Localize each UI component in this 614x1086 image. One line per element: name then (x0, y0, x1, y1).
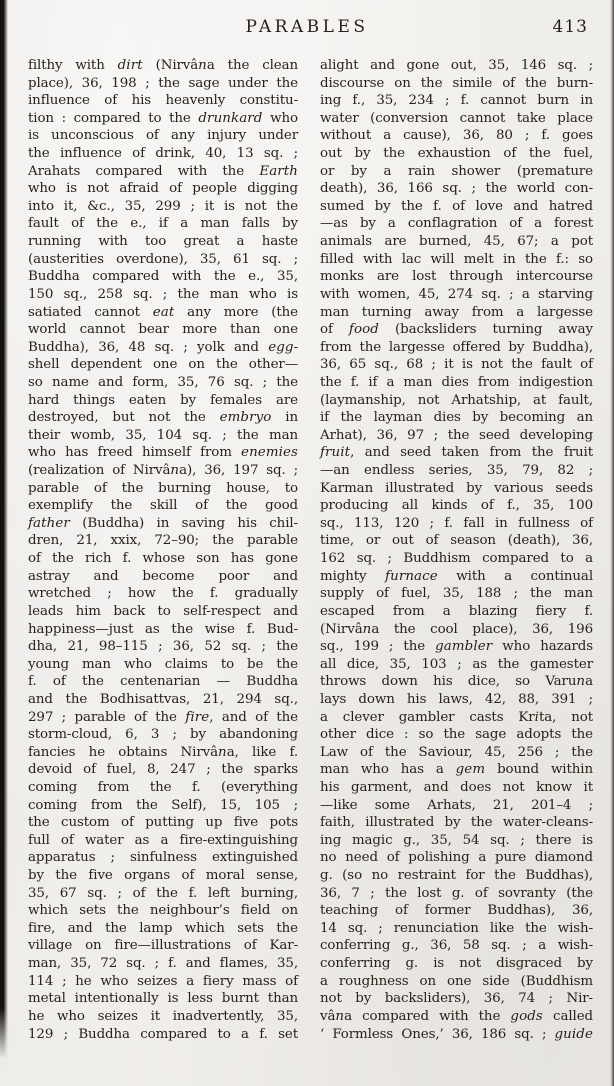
text-line: fruit, and seed taken from the fruit (320, 444, 593, 462)
text-line: exemplify the skill of the good (28, 497, 298, 515)
text-line: satiated cannot eat any more (the (28, 304, 298, 322)
text-line: filthy with dirt (Nirvâna the clean (28, 57, 298, 75)
text-line: Buddha), 36, 48 sq. ; yolk and egg- (28, 339, 298, 357)
text-line: happiness—just as the wise f. Bud- (28, 621, 298, 639)
text-line: sumed by the f. of love and hatred (320, 198, 593, 216)
text-line: man who has a gem bound within (320, 761, 593, 779)
text-line: who is not afraid of people digging (28, 180, 298, 198)
text-line: from the largesse offered by Buddha), (320, 339, 593, 357)
page-title: PARABLES (0, 17, 614, 37)
scan-gutter-shadow (0, 0, 8, 1058)
text-column-left: filthy with dirt (Nirvâna the cleanplace… (28, 57, 298, 1043)
text-line: not by backsliders), 36, 74 ; Nir- (320, 990, 593, 1008)
scanned-book-page: PARABLES 413 filthy with dirt (Nirvâna t… (0, 0, 614, 1086)
text-line: supply of fuel, 35, 188 ; the man (320, 585, 593, 603)
text-line: metal intentionally is less burnt than (28, 990, 298, 1008)
text-line: wretched ; how the f. gradually (28, 585, 298, 603)
text-line: (realization of Nirvâna), 36, 197 sq. ; (28, 462, 298, 480)
text-line: place), 36, 198 ; the sage under the (28, 75, 298, 93)
text-line: faith, illustrated by the water-cleans- (320, 814, 593, 832)
text-line: Karman illustrated by various seeds (320, 480, 593, 498)
text-line: man, 35, 72 sq. ; f. and flames, 35, (28, 955, 298, 973)
text-line: his garment, and does not know it (320, 779, 593, 797)
text-line: throws down his dice, so Varuna (320, 673, 593, 691)
text-line: tion : compared to the drunkard who (28, 110, 298, 128)
text-line: so name and form, 35, 76 sq. ; the (28, 374, 298, 392)
text-line: devoid of fuel, 8, 247 ; the sparks (28, 761, 298, 779)
text-line: by the five organs of moral sense, (28, 867, 298, 885)
text-line: if the layman dies by becoming an (320, 409, 593, 427)
text-line: Buddha compared with the e., 35, (28, 268, 298, 286)
text-line: (Nirvâna the cool place), 36, 196 (320, 621, 593, 639)
text-line: alight and gone out, 35, 146 sq. ; (320, 57, 593, 75)
text-line: —an endless series, 35, 79, 82 ; (320, 462, 593, 480)
text-line: hard things eaten by females are (28, 392, 298, 410)
text-line: animals are burned, 45, 67; a pot (320, 233, 593, 251)
text-column-right: alight and gone out, 35, 146 sq. ;discou… (320, 57, 593, 1043)
text-line: and the Bodhisattvas, 21, 294 sq., (28, 691, 298, 709)
text-line: is unconscious of any injury under (28, 127, 298, 145)
text-line: water (conversion cannot take place (320, 110, 593, 128)
text-line: full of water as a fire-extinguishing (28, 832, 298, 850)
text-line: without a cause), 36, 80 ; f. goes (320, 127, 593, 145)
text-line: sq., 113, 120 ; f. fall in fullness of (320, 515, 593, 533)
text-line: a clever gambler casts Krita, not (320, 709, 593, 727)
text-line: other dice : so the sage adopts the (320, 726, 593, 744)
text-line: into it, &c., 35, 299 ; it is not the (28, 198, 298, 216)
text-line: fancies he obtains Nirvâna, like f. (28, 744, 298, 762)
text-line: of food (backsliders turning away (320, 321, 593, 339)
text-line: all dice, 35, 103 ; as the gamester (320, 656, 593, 674)
text-line: man turning away from a largesse (320, 304, 593, 322)
text-line: the influence of drink, 40, 13 sq. ; (28, 145, 298, 163)
text-line: Arhat), 36, 97 ; the seed developing (320, 427, 593, 445)
text-line: monks are lost through intercourse (320, 268, 593, 286)
page-number: 413 (553, 17, 588, 37)
text-line: fire, and the lamp which sets the (28, 920, 298, 938)
text-line: he who seizes it inadvertently, 35, (28, 1008, 298, 1026)
text-line: teaching of former Buddhas), 36, (320, 902, 593, 920)
text-line: apparatus ; sinfulness extinguished (28, 849, 298, 867)
text-line: parable of the burning house, to (28, 480, 298, 498)
text-line: 150 sq., 258 sq. ; the man who is (28, 286, 298, 304)
text-line: dren, 21, xxix, 72–90; the parable (28, 532, 298, 550)
text-line: the f. if a man dies from indigestion (320, 374, 593, 392)
text-line: sq., 199 ; the gambler who hazards (320, 638, 593, 656)
text-line: (austerities overdone), 35, 61 sq. ; (28, 251, 298, 269)
text-line: death), 36, 166 sq. ; the world con- (320, 180, 593, 198)
text-line: discourse on the simile of the burn- (320, 75, 593, 93)
text-line: (laymanship, not Arhatship, at fault, (320, 392, 593, 410)
text-line: 14 sq. ; renunciation like the wish- (320, 920, 593, 938)
text-line: storm-cloud, 6, 3 ; by abandoning (28, 726, 298, 744)
text-line: influence of his heavenly constitu- (28, 92, 298, 110)
text-line: time, or out of season (death), 36, (320, 532, 593, 550)
text-line: 129 ; Buddha compared to a f. set (28, 1026, 298, 1044)
text-line: conferring g. is not disgraced by (320, 955, 593, 973)
text-line: g. (so no restraint for the Buddhas), (320, 867, 593, 885)
text-line: ‘ Formless Ones,’ 36, 186 sq. ; guide (320, 1026, 593, 1044)
text-line: astray and become poor and (28, 568, 298, 586)
text-line: lays down his laws, 42, 88, 391 ; (320, 691, 593, 709)
text-line: Law of the Saviour, 45, 256 ; the (320, 744, 593, 762)
text-line: Arahats compared with the Earth (28, 163, 298, 181)
text-line: coming from the Self), 15, 105 ; (28, 797, 298, 815)
text-line: no need of polishing a pure diamond (320, 849, 593, 867)
text-line: world cannot bear more than one (28, 321, 298, 339)
text-line: coming from the f. (everything (28, 779, 298, 797)
text-line: their womb, 35, 104 sq. ; the man (28, 427, 298, 445)
text-line: village on fire—illustrations of Kar- (28, 937, 298, 955)
text-line: 36, 7 ; the lost g. of sovranty (the (320, 885, 593, 903)
text-line: ing f., 35, 234 ; f. cannot burn in (320, 92, 593, 110)
text-line: vâna compared with the gods called (320, 1008, 593, 1026)
text-line: dha, 21, 98–115 ; 36, 52 sq. ; the (28, 638, 298, 656)
text-line: running with too great a haste (28, 233, 298, 251)
text-line: with women, 45, 274 sq. ; a starving (320, 286, 593, 304)
text-line: 36, 65 sq., 68 ; it is not the fault of (320, 356, 593, 374)
text-line: father (Buddha) in saving his chil- (28, 515, 298, 533)
text-line: or by a rain shower (premature (320, 163, 593, 181)
text-line: out by the exhaustion of the fuel, (320, 145, 593, 163)
text-line: filled with lac will melt in the f.: so (320, 251, 593, 269)
scan-gutter-shadow-fade (0, 1008, 10, 1068)
text-line: —as by a conflagration of a forest (320, 215, 593, 233)
text-line: escaped from a blazing fiery f. (320, 603, 593, 621)
text-line: the custom of putting up five pots (28, 814, 298, 832)
text-line: leads him back to self-respect and (28, 603, 298, 621)
text-line: of the rich f. whose son has gone (28, 550, 298, 568)
text-line: a roughness on one side (Buddhism (320, 973, 593, 991)
text-line: ing magic g., 35, 54 sq. ; there is (320, 832, 593, 850)
text-line: 297 ; parable of the fire, and of the (28, 709, 298, 727)
text-line: shell dependent one on the other— (28, 356, 298, 374)
running-head: PARABLES 413 (0, 17, 614, 41)
text-line: —like some Arhats, 21, 201–4 ; (320, 797, 593, 815)
text-line: destroyed, but not the embryo in (28, 409, 298, 427)
text-line: 35, 67 sq. ; of the f. left burning, (28, 885, 298, 903)
text-line: producing all kinds of f., 35, 100 (320, 497, 593, 515)
text-line: which sets the neighbour’s field on (28, 902, 298, 920)
text-line: fault of the e., if a man falls by (28, 215, 298, 233)
scan-right-edge-line (610, 0, 614, 1086)
text-line: who has freed himself from enemies (28, 444, 298, 462)
text-line: young man who claims to be the (28, 656, 298, 674)
text-line: 114 ; he who seizes a fiery mass of (28, 973, 298, 991)
text-line: 162 sq. ; Buddhism compared to a (320, 550, 593, 568)
text-line: conferring g., 36, 58 sq. ; a wish- (320, 937, 593, 955)
text-line: mighty furnace with a continual (320, 568, 593, 586)
text-line: f. of the centenarian — Buddha (28, 673, 298, 691)
